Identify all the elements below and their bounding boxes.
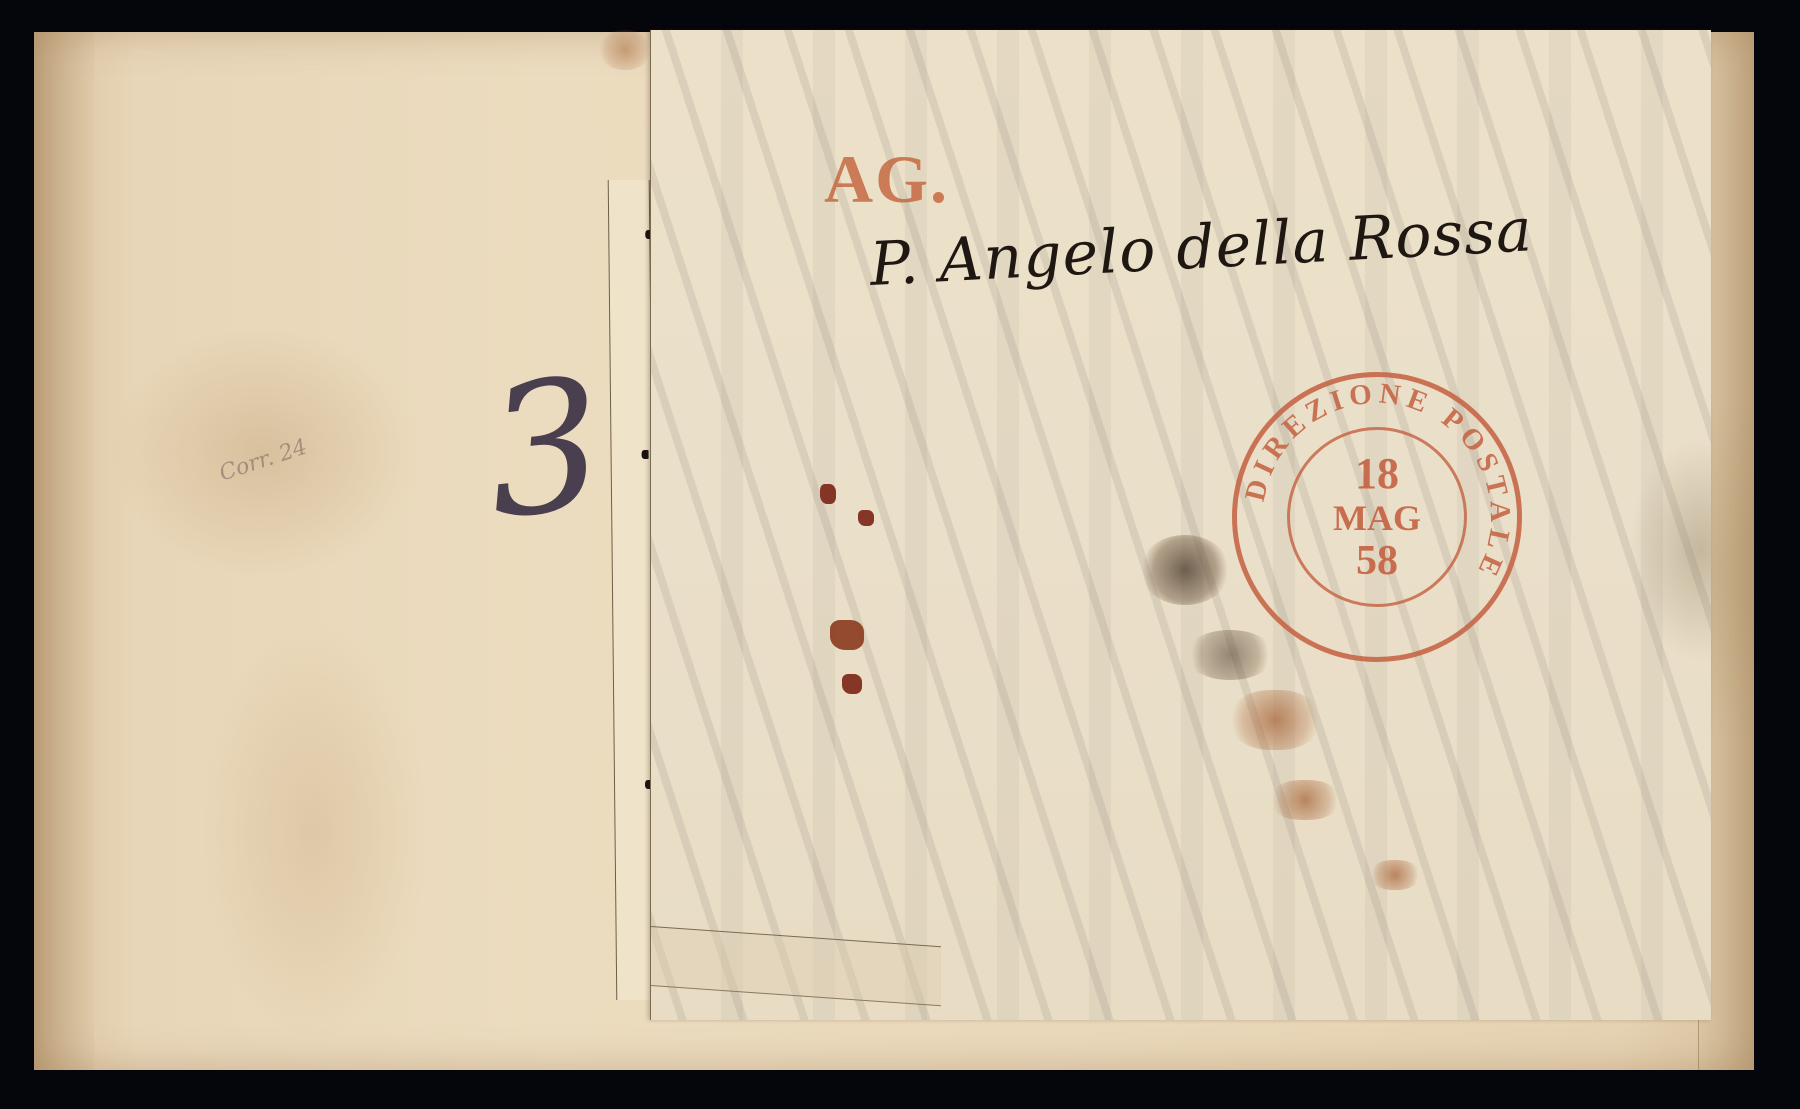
rust-stain [1230,690,1320,750]
ink-dot [642,450,649,459]
show-through-writing [651,30,1711,1020]
datestamp-day: 18 [1355,452,1399,496]
rust-stain [1270,780,1340,820]
wax-fragment [830,620,864,650]
wax-fragment [842,674,862,694]
rust-stain [600,30,650,70]
bottom-fold-tab [651,926,941,1006]
datestamp-center: 18 MAG 58 [1287,427,1467,607]
wax-fragment [820,484,836,504]
wax-fragment [858,510,874,526]
ink-smudge [1140,535,1230,605]
datestamp-month: MAG [1333,500,1421,536]
sheet-left-toning [34,32,94,1070]
photo-stage: Corr. 24 3 AG. P. Angelo della Rossa DIR… [0,0,1800,1109]
ag-handstamp: AG. [824,140,949,219]
folded-panel [650,30,1711,1020]
circular-datestamp: DIREZIONE POSTALE 18 MAG 58 [1232,372,1522,662]
rate-manuscript: 3 [479,355,612,546]
datestamp-year: 58 [1356,540,1398,582]
rust-stain [1370,860,1420,890]
